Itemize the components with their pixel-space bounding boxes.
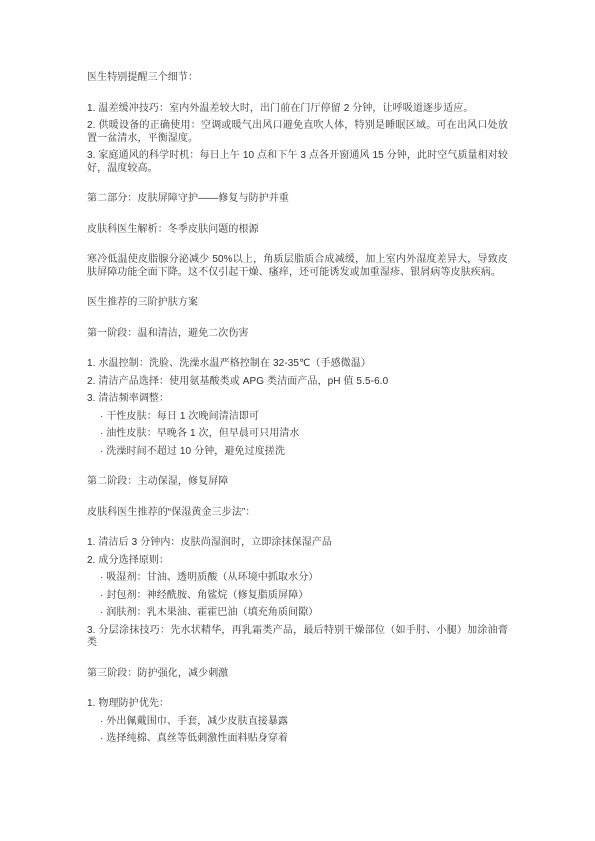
- paragraph: 皮肤科医生解析：冬季皮肤问题的根源: [87, 224, 508, 237]
- numbered-list-item: 1. 温差缓冲技巧：室内外温差较大时，出门前在门厅停留 2 分钟，让呼吸道逐步适…: [87, 103, 508, 116]
- paragraph: 第二部分：皮肤屏障守护——修复与防护并重: [87, 193, 508, 206]
- list: 1. 物理防护优先：· 外出佩戴围巾、手套，减少皮肤直接暴露· 选择纯棉、真丝等…: [87, 698, 508, 746]
- numbered-list-item: 1. 物理防护优先：: [87, 698, 508, 711]
- bullet-list-item: · 封包剂：神经酰胺、角鲨烷（修复脂质屏障）: [87, 590, 508, 603]
- numbered-list-item: 3. 分层涂抹技巧：先水状精华，再乳霜类产品，最后特别干燥部位（如手肘、小腿）加…: [87, 625, 508, 650]
- bullet-list-item: · 外出佩戴围巾、手套，减少皮肤直接暴露: [87, 716, 508, 729]
- paragraph: 寒冷低温使皮脂腺分泌减少 50%以上，角质层脂质合成减缓，加上室内外湿度差异大，…: [87, 254, 508, 279]
- document-page: 医生特别提醒三个细节：1. 温差缓冲技巧：室内外温差较大时，出门前在门厅停留 2…: [0, 0, 595, 841]
- document-content: 医生特别提醒三个细节：1. 温差缓冲技巧：室内外温差较大时，出门前在门厅停留 2…: [87, 72, 508, 764]
- bullet-list-item: · 油性皮肤：早晚各 1 次，但早晨可只用清水: [87, 428, 508, 441]
- bullet-list-item: · 洗澡时间不超过 10 分钟，避免过度搓洗: [87, 446, 508, 459]
- paragraph: 第二阶段：主动保湿，修复屏障: [87, 476, 508, 489]
- list: 1. 温差缓冲技巧：室内外温差较大时，出门前在门厅停留 2 分钟，让呼吸道逐步适…: [87, 103, 508, 176]
- numbered-list-item: 1. 清洁后 3 分钟内：皮肤尚湿润时，立即涂抹保湿产品: [87, 537, 508, 550]
- list: 1. 水温控制：洗脸、洗澡水温严格控制在 32-35℃（手感微温）2. 清洁产品…: [87, 358, 508, 458]
- paragraph: 第三阶段：防护强化，减少刺激: [87, 668, 508, 681]
- bullet-list-item: · 润肤剂：乳木果油、霍霍巴油（填充角质间隙）: [87, 607, 508, 620]
- paragraph: 医生推荐的三阶护肤方案: [87, 297, 508, 310]
- numbered-list-item: 1. 水温控制：洗脸、洗澡水温严格控制在 32-35℃（手感微温）: [87, 358, 508, 371]
- numbered-list-item: 2. 供暖设备的正确使用：空调或暖气出风口避免直吹人体，特别是睡眠区域。可在出风…: [87, 120, 508, 145]
- numbered-list-item: 3. 清洁频率调整：: [87, 393, 508, 406]
- paragraph: 医生特别提醒三个细节：: [87, 72, 508, 85]
- paragraph: 第一阶段：温和清洁，避免二次伤害: [87, 328, 508, 341]
- numbered-list-item: 2. 清洁产品选择：使用氨基酸类或 APG 类洁面产品，pH 值 5.5-6.0: [87, 376, 508, 389]
- paragraph: 皮肤科医生推荐的“保湿黄金三步法”：: [87, 507, 508, 520]
- list: 1. 清洁后 3 分钟内：皮肤尚湿润时，立即涂抹保湿产品2. 成分选择原则：· …: [87, 537, 508, 650]
- bullet-list-item: · 干性皮肤：每日 1 次晚间清洁即可: [87, 411, 508, 424]
- numbered-list-item: 2. 成分选择原则：: [87, 555, 508, 568]
- bullet-list-item: · 选择纯棉、真丝等低刺激性面料贴身穿着: [87, 733, 508, 746]
- numbered-list-item: 3. 家庭通风的科学时机：每日上午 10 点和下午 3 点各开窗通风 15 分钟…: [87, 150, 508, 175]
- bullet-list-item: · 吸湿剂：甘油、透明质酸（从环境中抓取水分）: [87, 572, 508, 585]
